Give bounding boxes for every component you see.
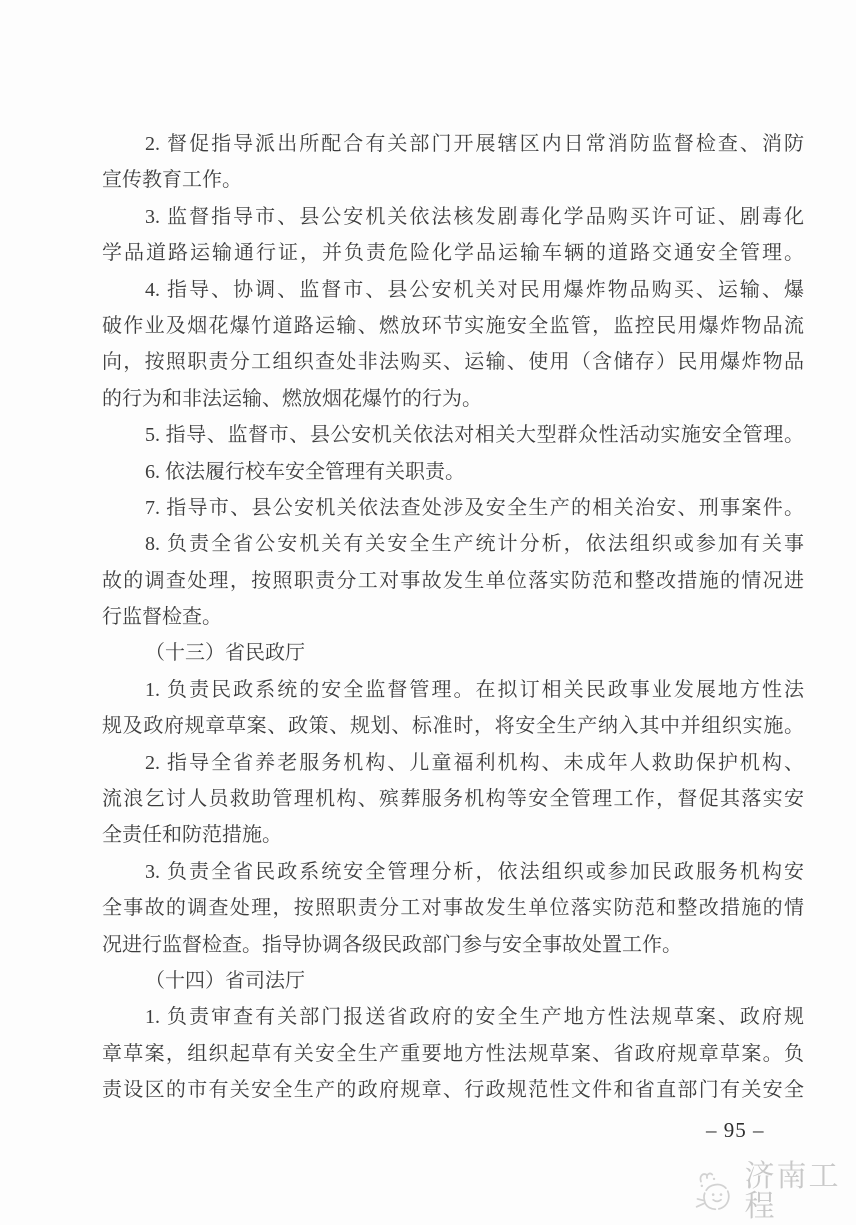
document-page: 2. 督促指导派出所配合有关部门开展辖区内日常消防监督检查、消防宣传教育工作。3… <box>0 0 856 1225</box>
document-body: 2. 督促指导派出所配合有关部门开展辖区内日常消防监督检查、消防宣传教育工作。3… <box>102 126 804 1109</box>
text-line: 流浪乞讨人员救助管理机构、殡葬服务机构等安全管理工作，督促其落实安 <box>102 781 804 817</box>
text-line: 2. 督促指导派出所配合有关部门开展辖区内日常消防监督检查、消防 <box>102 126 804 162</box>
text-line: 行监督检查。 <box>102 599 804 635</box>
text-line: 全事故的调查处理，按照职责分工对事故发生单位落实防范和整改措施的情 <box>102 890 804 926</box>
text-line: 学品道路运输通行证，并负责危险化学品运输车辆的道路交通安全管理。 <box>102 235 804 271</box>
text-line: 规及政府规章草案、政策、规划、标准时，将安全生产纳入其中并组织实施。 <box>102 708 804 744</box>
page-number: – 95 – <box>706 1118 765 1143</box>
text-line: 1. 负责审查有关部门报送省政府的安全生产地方性法规草案、政府规 <box>102 999 804 1035</box>
text-line: 7. 指导市、县公安机关依法查处涉及安全生产的相关治安、刑事案件。 <box>102 490 804 526</box>
text-line: 故的调查处理，按照职责分工对事故发生单位落实防范和整改措施的情况进 <box>102 563 804 599</box>
text-line: 3. 监督指导市、县公安机关依法核发剧毒化学品购买许可证、剧毒化 <box>102 199 804 235</box>
heading-line: （十四）省司法厅 <box>102 963 804 999</box>
text-line: 8. 负责全省公安机关有关安全生产统计分析，依法组织或参加有关事 <box>102 526 804 562</box>
text-line: 的行为和非法运输、燃放烟花爆竹的行为。 <box>102 381 804 417</box>
watermark-brand-text: 济南工程 <box>745 1162 856 1222</box>
text-line: 1. 负责民政系统的安全监督管理。在拟订相关民政事业发展地方性法 <box>102 672 804 708</box>
watermark: 济南工程 <box>694 1162 856 1222</box>
text-line: 5. 指导、监督市、县公安机关依法对相关大型群众性活动实施安全管理。 <box>102 417 804 453</box>
text-line: 向，按照职责分工组织查处非法购买、运输、使用（含储存）民用爆炸物品 <box>102 344 804 380</box>
text-line: 3. 负责全省民政系统安全管理分析，依法组织或参加民政服务机构安 <box>102 854 804 890</box>
text-line: 破作业及烟花爆竹道路运输、燃放环节实施安全监管，监控民用爆炸物品流 <box>102 308 804 344</box>
mascot-icon <box>694 1166 738 1218</box>
heading-line: （十三）省民政厅 <box>102 635 804 671</box>
text-line: 宣传教育工作。 <box>102 162 804 198</box>
text-line: 4. 指导、协调、监督市、县公安机关对民用爆炸物品购买、运输、爆 <box>102 272 804 308</box>
text-line: 6. 依法履行校车安全管理有关职责。 <box>102 454 804 490</box>
text-line: 章草案，组织起草有关安全生产重要地方性法规草案、省政府规章草案。负 <box>102 1036 804 1072</box>
text-line: 责设区的市有关安全生产的政府规章、行政规范性文件和省直部门有关安全 <box>102 1072 804 1108</box>
text-line: 况进行监督检查。指导协调各级民政部门参与安全事故处置工作。 <box>102 927 804 963</box>
text-line: 2. 指导全省养老服务机构、儿童福利机构、未成年人救助保护机构、 <box>102 745 804 781</box>
text-line: 全责任和防范措施。 <box>102 817 804 853</box>
